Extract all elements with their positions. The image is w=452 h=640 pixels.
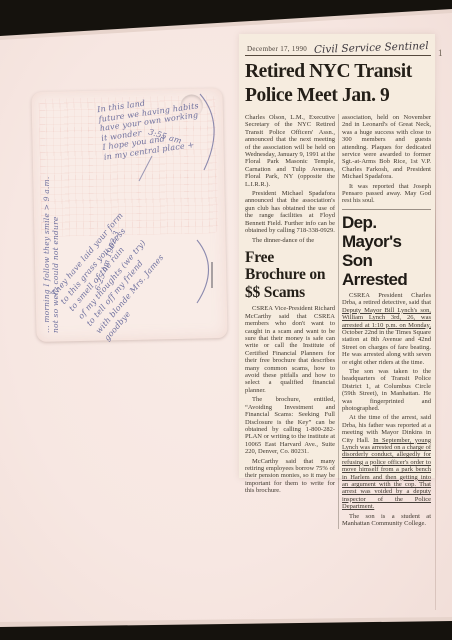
article-paragraph: President Michael Spadafora announced th… [245, 190, 335, 234]
article-paragraph: The son was taken to the headquarters of… [342, 368, 431, 412]
scanned-album-page: 1 In this land future we having habits h… [0, 0, 452, 640]
article-paragraph: association, held on November 2nd in Leo… [342, 114, 431, 181]
article-paragraph: The son is a student at Manhattan Commun… [342, 513, 431, 528]
page-right-edge [435, 85, 436, 610]
news-clipping: December 17, 1990 Civil Service Sentinel… [239, 34, 435, 478]
article-column-left: Charles Olson, L.M., Executive Secretary… [245, 114, 335, 529]
hand-underlined-text: Deputy Mayor Bill Lynch's son, William L… [342, 307, 431, 329]
article-paragraph: It was reported that Joseph Pensaro pass… [342, 183, 431, 205]
text-segment: October 22nd in the Times Square station… [342, 329, 431, 366]
article-columns: Charles Olson, L.M., Executive Secretary… [245, 114, 431, 529]
article-paragraph: McCarthy said that many retiring employe… [245, 458, 335, 495]
article-paragraph: The brochure, entitled, “Avoiding Invest… [245, 396, 335, 455]
article-paragraph: CSREA Vice-President Richard McCarthy sa… [245, 305, 335, 394]
article-paragraph: CSREA President Charles Drba, a retired … [342, 292, 431, 366]
article-paragraph: At the time of the arrest, said Drba, hi… [342, 414, 431, 510]
text-segment: CSREA President Charles Drba, a retired … [342, 292, 431, 306]
subhead-son-arrested: Dep. Mayor's Son Arrested [342, 209, 431, 289]
main-headline: Retired NYC Transit Police Meet Jan. 9 [245, 60, 431, 108]
article-paragraph: The dinner-dance of the [245, 237, 335, 244]
article-column-right: association, held on November 2nd in Leo… [338, 114, 431, 529]
hand-underlined-text: In September, young Lynch was arrested o… [342, 437, 431, 511]
page-number-mark: 1 [438, 48, 443, 58]
article-paragraph: Charles Olson, L.M., Executive Secretary… [245, 114, 335, 188]
subhead-free-brochure: Free Brochure on $$ Scams [245, 249, 335, 302]
dateline: December 17, 1990 [247, 45, 307, 53]
dateline-row: December 17, 1990 Civil Service Sentinel [247, 42, 431, 54]
publication-name-handwritten: Civil Service Sentinel [314, 40, 429, 56]
